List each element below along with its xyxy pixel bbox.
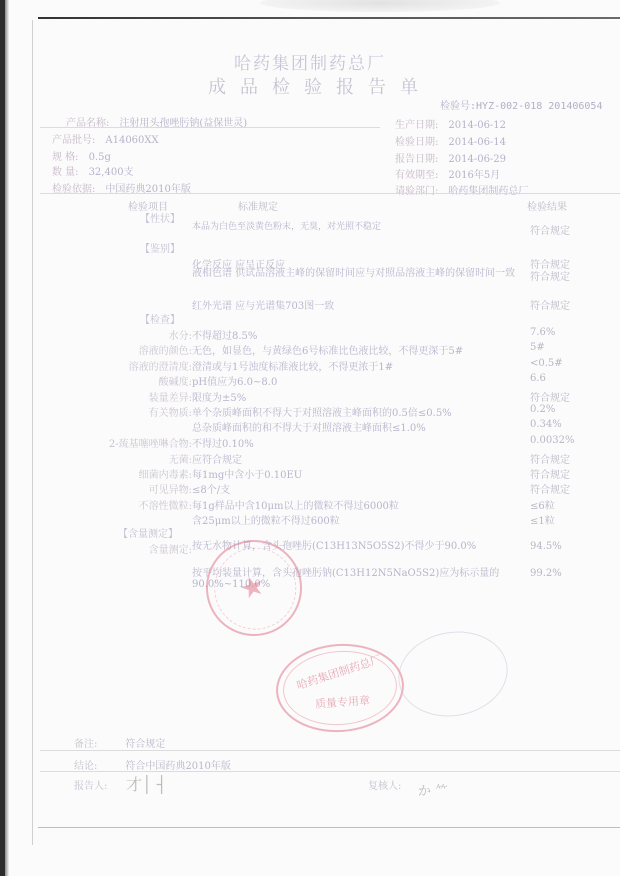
left-margin-rule <box>32 20 33 845</box>
row-label: 无菌: <box>169 451 192 466</box>
rule <box>40 193 620 194</box>
label: 规 格: <box>52 148 79 163</box>
faint-stamp <box>392 623 515 725</box>
label: 有效期至: <box>395 166 438 181</box>
company-name: 哈药集团制药总厂 <box>0 49 620 74</box>
row-standard: 无色，如显色，与黄绿色6号标准比色液比较，不得更深于5# <box>192 342 463 357</box>
row-standard: 澄清或与1号浊度标准液比较，不得更浓于1# <box>192 358 393 373</box>
oval-quality-stamp: 哈药集团制药总厂 质量专用章 <box>273 640 407 737</box>
rule <box>40 127 380 128</box>
field-production-date: 生产日期:2014-06-12 <box>395 116 506 131</box>
label: 报告日期: <box>395 150 438 165</box>
row-result: 94.5% <box>530 541 562 552</box>
row-result: 6.6 <box>530 373 546 384</box>
row-label: 细菌内毒素: <box>139 466 192 481</box>
scan-shadow <box>5 0 9 876</box>
row-standard: 应符合规定 <box>192 451 242 466</box>
row-standard: 限度为±5% <box>192 389 246 404</box>
top-rule <box>38 17 620 19</box>
row-label: 水分: <box>169 327 192 342</box>
value: 32,400支 <box>89 167 134 178</box>
row-standard: 不得超过8.5% <box>192 327 257 342</box>
ident-standard-2: 液相色谱 供试品溶液主峰的保留时间应与对照品溶液主峰的保留时间一致 <box>192 268 522 279</box>
label: 请验部门: <box>395 182 438 197</box>
row-label: 有关物质: <box>149 404 192 419</box>
row-label: 含量测定: <box>149 541 192 556</box>
row-result: 7.6% <box>530 327 555 338</box>
label: 检验日期: <box>395 133 438 148</box>
row-label: 装量差异: <box>149 389 192 404</box>
footer-reviewer: 复核人: <box>368 777 401 792</box>
report-number-label: 检验号: <box>440 101 476 112</box>
row-standard: 不得过0.10% <box>192 435 254 450</box>
report-number: 检验号:HYZ-002-018 201406054 <box>440 97 602 112</box>
value: 哈药集团制药总厂 <box>448 186 528 197</box>
row-result: 5# <box>530 342 545 353</box>
appearance-result: 符合规定 <box>530 222 570 237</box>
row-result: ≤6粒 <box>530 497 555 512</box>
scan-smudge <box>260 0 500 12</box>
value: 2014-06-29 <box>448 154 506 165</box>
row-standard: 单个杂质峰面积不得大于对照溶液主峰面积的0.5倍≤0.5% <box>192 404 452 419</box>
row-standard: ≤8个/支 <box>192 481 230 496</box>
field-report-date: 报告日期:2014-06-29 <box>395 150 506 165</box>
row-result: 符合规定 <box>530 389 570 404</box>
row-standard: pH值应为6.0~8.0 <box>192 373 277 388</box>
appearance-standard: 本品为白色至淡黄色粉末，无臭，对光照不稳定 <box>192 222 482 233</box>
row-result: ≤1粒 <box>530 512 555 527</box>
row-label: 可见异物: <box>149 481 192 496</box>
value: 0.5g <box>89 152 111 163</box>
field-quantity: 数 量:32,400支 <box>52 163 134 178</box>
ident-result-2: 符合规定 <box>530 268 570 283</box>
field-expiry: 有效期至:2016年5月 <box>395 166 500 181</box>
section-assay: 【含量测定】 <box>118 525 178 540</box>
bottom-rule <box>38 827 620 828</box>
ident-result-3: 符合规定 <box>530 297 570 312</box>
header-result: 检验结果 <box>527 198 567 213</box>
row-result: 0.0032% <box>530 435 575 446</box>
row-label: 溶液的澄清度: <box>129 358 192 373</box>
row-result: 符合规定 <box>530 451 570 466</box>
row-standard: 总杂质峰面积的和不得大于对照溶液主峰面积≤1.0% <box>192 419 426 434</box>
value: 符合规定 <box>125 739 165 750</box>
row-standard: 每1g样品中含10μm以上的微粒不得过6000粒 <box>192 497 399 512</box>
row-result: 0.34% <box>530 419 562 430</box>
value: A14060XX <box>105 135 158 146</box>
report-title: 成品检验报告单 <box>0 73 620 99</box>
reviewer-signature: か ⺮ <box>418 780 448 799</box>
section-inspection: 【检查】 <box>140 311 180 326</box>
row-result: 符合规定 <box>530 466 570 481</box>
section-appearance: 【性状】 <box>140 210 180 225</box>
value: 2014-06-14 <box>448 137 506 148</box>
row-label: 溶液的颜色: <box>139 342 192 357</box>
row-result: <0.5# <box>530 358 563 369</box>
value: 2016年5月 <box>448 170 500 181</box>
footer-conclusion: 结论:符合中国药典2010年版 <box>74 757 231 772</box>
label: 生产日期: <box>395 116 438 131</box>
footer-reporter: 报告人: <box>74 777 107 792</box>
reporter-signature: 才│ ┤ <box>126 772 166 795</box>
header-standard: 标准规定 <box>238 198 278 213</box>
report-number-value: HYZ-002-018 201406054 <box>476 101 602 112</box>
rule <box>40 750 620 751</box>
row-label: 2-巯基噻唑啉合物: <box>109 435 192 450</box>
section-identification: 【鉴别】 <box>140 240 180 255</box>
ident-standard-3: 红外光谱 应与光谱集703图一致 <box>192 297 334 312</box>
label: 数 量: <box>52 163 79 178</box>
field-spec: 规 格:0.5g <box>52 148 111 163</box>
row-label: 不溶性微粒: <box>139 497 192 512</box>
row-result: 99.2% <box>530 568 562 579</box>
footer-note: 备注:符合规定 <box>74 735 165 750</box>
label: 备注: <box>74 739 97 750</box>
row-result: 符合规定 <box>530 481 570 496</box>
row-standard: 含25μm以上的微粒不得过600粒 <box>192 512 340 527</box>
row-result: 0.2% <box>530 404 555 415</box>
label: 报告人: <box>74 781 107 792</box>
value: 2014-06-12 <box>448 120 506 131</box>
label: 复核人: <box>368 781 401 792</box>
field-department: 请验部门:哈药集团制药总厂 <box>395 182 528 197</box>
row-label: 酸碱度: <box>159 373 192 388</box>
field-batch-no: 产品批号:A14060XX <box>52 131 159 146</box>
row-standard: 每1mg中含小于0.10EU <box>192 466 302 481</box>
label: 产品批号: <box>52 131 95 146</box>
field-inspection-date: 检验日期:2014-06-14 <box>395 133 506 148</box>
